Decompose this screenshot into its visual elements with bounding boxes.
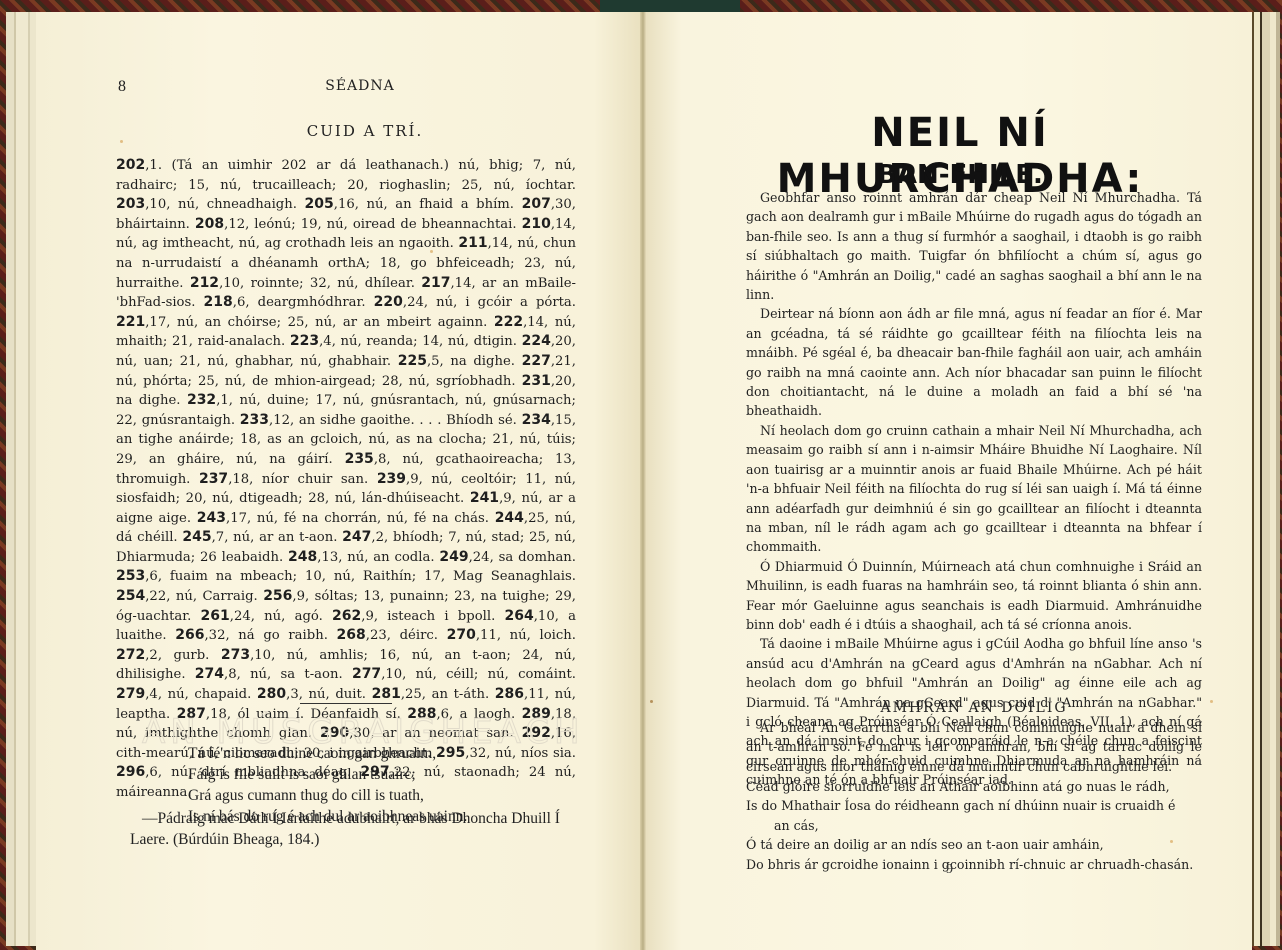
song-verse: Céad glóire síorruidhe leis an Athair ao… xyxy=(746,777,1206,874)
note-text: ,12, an sidhe gaoithe. . . . Bhíodh sé. xyxy=(269,413,522,428)
note-ref-number: 281 xyxy=(372,686,401,702)
note-ref-number: 248 xyxy=(288,549,317,565)
note-ref-number: 210 xyxy=(522,216,551,232)
note-text: ,23, déirc. xyxy=(366,628,447,643)
paper-speck xyxy=(120,140,123,143)
note-ref-number: 264 xyxy=(505,608,534,624)
note-text: ,16, nú, an fhaid a bhím. xyxy=(334,197,522,212)
note-ref-number: 268 xyxy=(337,627,366,643)
note-text: ,24, nú, i gcóir a pórta. xyxy=(403,295,576,310)
note-text: ,10, nú, céill; nú, comáint. xyxy=(381,667,576,682)
poem-attribution: —Pádraig mac Dáth Í Iarlaithe adubhairt,… xyxy=(130,808,576,850)
note-ref-number: 245 xyxy=(182,529,211,545)
page-number-left: 8 xyxy=(118,78,126,96)
note-ref-number: 286 xyxy=(495,686,524,702)
note-ref-number: 208 xyxy=(195,216,224,232)
note-ref-number: 273 xyxy=(221,647,250,663)
note-text: ,1. (Tá an uimhir 202 ar dá leathanach.)… xyxy=(116,158,576,193)
note-text: ,3, nú, duit. xyxy=(286,687,371,702)
verse-line-continuation: an cás, xyxy=(746,816,1206,835)
note-ref-number: 202 xyxy=(116,157,145,173)
note-ref-number: 253 xyxy=(116,568,145,584)
note-ref-number: 233 xyxy=(240,412,269,428)
note-ref-number: 224 xyxy=(522,333,551,349)
note-text: ,12, leónú; 19, nú, oiread de bheannacht… xyxy=(224,217,521,232)
note-ref-number: 239 xyxy=(377,471,406,487)
note-text: ,9, isteach i bpoll. xyxy=(361,609,504,624)
note-ref-number: 247 xyxy=(342,529,371,545)
note-text: ,6, fuaim na mbeach; 10, nú, Raithín; 17… xyxy=(145,569,576,584)
note-text: ,25, an t-áth. xyxy=(401,687,495,702)
note-ref-number: 217 xyxy=(421,275,450,291)
section-title: CUID A TRÍ. xyxy=(240,122,490,140)
note-text: ,6, deargmhódhrar. xyxy=(233,295,374,310)
paragraph: Deirtear ná bíonn aon ádh ar file mná, a… xyxy=(746,304,1202,420)
note-ref-number: 212 xyxy=(190,275,219,291)
poem-line: Tá fé'n lic seo duine caoin gan ghruaim, xyxy=(188,743,588,764)
note-ref-number: 241 xyxy=(470,490,499,506)
note-text: ,10, roinnte; 32, nú, dhílear. xyxy=(219,276,421,291)
note-ref-number: 237 xyxy=(199,471,228,487)
note-ref-number: 231 xyxy=(522,373,551,389)
paragraph: Geobhfar anso roinnt amhrán dár cheap Ne… xyxy=(746,188,1202,304)
notes-paragraph: 202,1. (Tá an uimhir 202 ar dá leathanac… xyxy=(116,156,576,803)
note-ref-number: 234 xyxy=(522,412,551,428)
note-ref-number: 254 xyxy=(116,588,145,604)
paragraph: Ní heolach dom go cruinn cathain a mhair… xyxy=(746,421,1202,557)
note-ref-number: 218 xyxy=(204,294,233,310)
note-ref-number: 235 xyxy=(345,451,374,467)
note-ref-number: 296 xyxy=(116,764,145,780)
verse-line: Ó tá deire an doilig ar an ndís seo an t… xyxy=(746,835,1206,854)
note-text: ,8, nú, sa t-aon. xyxy=(224,667,352,682)
note-ref-number: 270 xyxy=(447,627,476,643)
right-page-edges xyxy=(1252,12,1280,946)
note-ref-number: 243 xyxy=(197,510,226,526)
note-ref-number: 223 xyxy=(290,333,319,349)
note-text: ,4, nú, reanda; 14, nú, dtigin. xyxy=(319,334,521,349)
verse-line: Do bhris ár gcroidhe ionainn i gcoinnibh… xyxy=(746,855,1206,874)
poem-line: Grá agus cumann thug do cill is tuath, xyxy=(188,785,588,806)
verse-line: Céad glóire síorruidhe leis an Athair ao… xyxy=(746,777,1206,796)
note-ref-number: 225 xyxy=(398,353,427,369)
note-text: ,11, nú, loich. xyxy=(476,628,576,643)
note-ref-number: 203 xyxy=(116,196,145,212)
note-ref-number: 249 xyxy=(439,549,468,565)
book-gutter xyxy=(640,12,646,950)
note-ref-number: 232 xyxy=(187,392,216,408)
chapter-subtitle: BAN-FHILE. xyxy=(700,160,1220,190)
note-text: ,17, nú, an chóirse; 25, nú, ar an mbeir… xyxy=(145,315,494,330)
note-text: ,7, nú, ar an t-aon. xyxy=(212,530,343,545)
note-ref-number: 279 xyxy=(116,686,145,702)
note-ref-number: 256 xyxy=(263,588,292,604)
section-divider xyxy=(300,703,392,704)
note-ref-number: 272 xyxy=(116,647,145,663)
note-text: ,4, nú, chapaid. xyxy=(145,687,257,702)
note-ref-number: 227 xyxy=(522,353,551,369)
note-ref-number: 261 xyxy=(201,608,230,624)
note-ref-number: 221 xyxy=(116,314,145,330)
note-text: ,13, nú, an codla. xyxy=(317,550,439,565)
note-ref-number: 280 xyxy=(257,686,286,702)
paper-speck xyxy=(1210,700,1213,703)
verse-line: Is do Mhathair Íosa do réidheann gach ní… xyxy=(746,796,1206,815)
note-ref-number: 274 xyxy=(195,666,224,682)
note-ref-number: 244 xyxy=(495,510,524,526)
paper-speck xyxy=(650,700,653,703)
paragraph: Ó Dhiarmuid Ó Duinnín, Múirneach atá chu… xyxy=(746,557,1202,635)
note-text: ,18, níor chuir san. xyxy=(228,472,377,487)
note-text: ,17, nú, fé na chorrán, nú, fé na chás. xyxy=(226,511,495,526)
note-text: ,5, na dighe. xyxy=(427,354,522,369)
left-page-edges xyxy=(6,12,36,946)
note-text: ,32, ná go raibh. xyxy=(204,628,336,643)
note-ref-number: 262 xyxy=(332,608,361,624)
note-text: ,24, nú, agó. xyxy=(230,609,332,624)
note-text: ,22, nú, Carraig. xyxy=(145,589,263,604)
song-intro: Ar bhéal An Gearrtha a bhí Neil chun com… xyxy=(746,718,1202,776)
note-ref-number: 205 xyxy=(305,196,334,212)
note-text: ,24, sa domhan. xyxy=(469,550,576,565)
note-ref-number: 266 xyxy=(175,627,204,643)
note-text: ,10, nú, chneadhaigh. xyxy=(145,197,304,212)
note-ref-number: 277 xyxy=(352,666,381,682)
song-title: AMHRÁN AN DOILIG xyxy=(746,700,1202,716)
poem-line: Fáig is file suilt is saoi ghlan tsuairc… xyxy=(188,764,588,785)
page-number-right: 9 xyxy=(946,862,953,878)
note-text: ,2, gurb. xyxy=(145,648,221,663)
note-ref-number: 222 xyxy=(494,314,523,330)
note-ref-number: 211 xyxy=(458,235,487,251)
note-ref-number: 207 xyxy=(522,196,551,212)
note-ref-number: 220 xyxy=(374,294,403,310)
running-head: SÉADNA xyxy=(300,78,420,94)
